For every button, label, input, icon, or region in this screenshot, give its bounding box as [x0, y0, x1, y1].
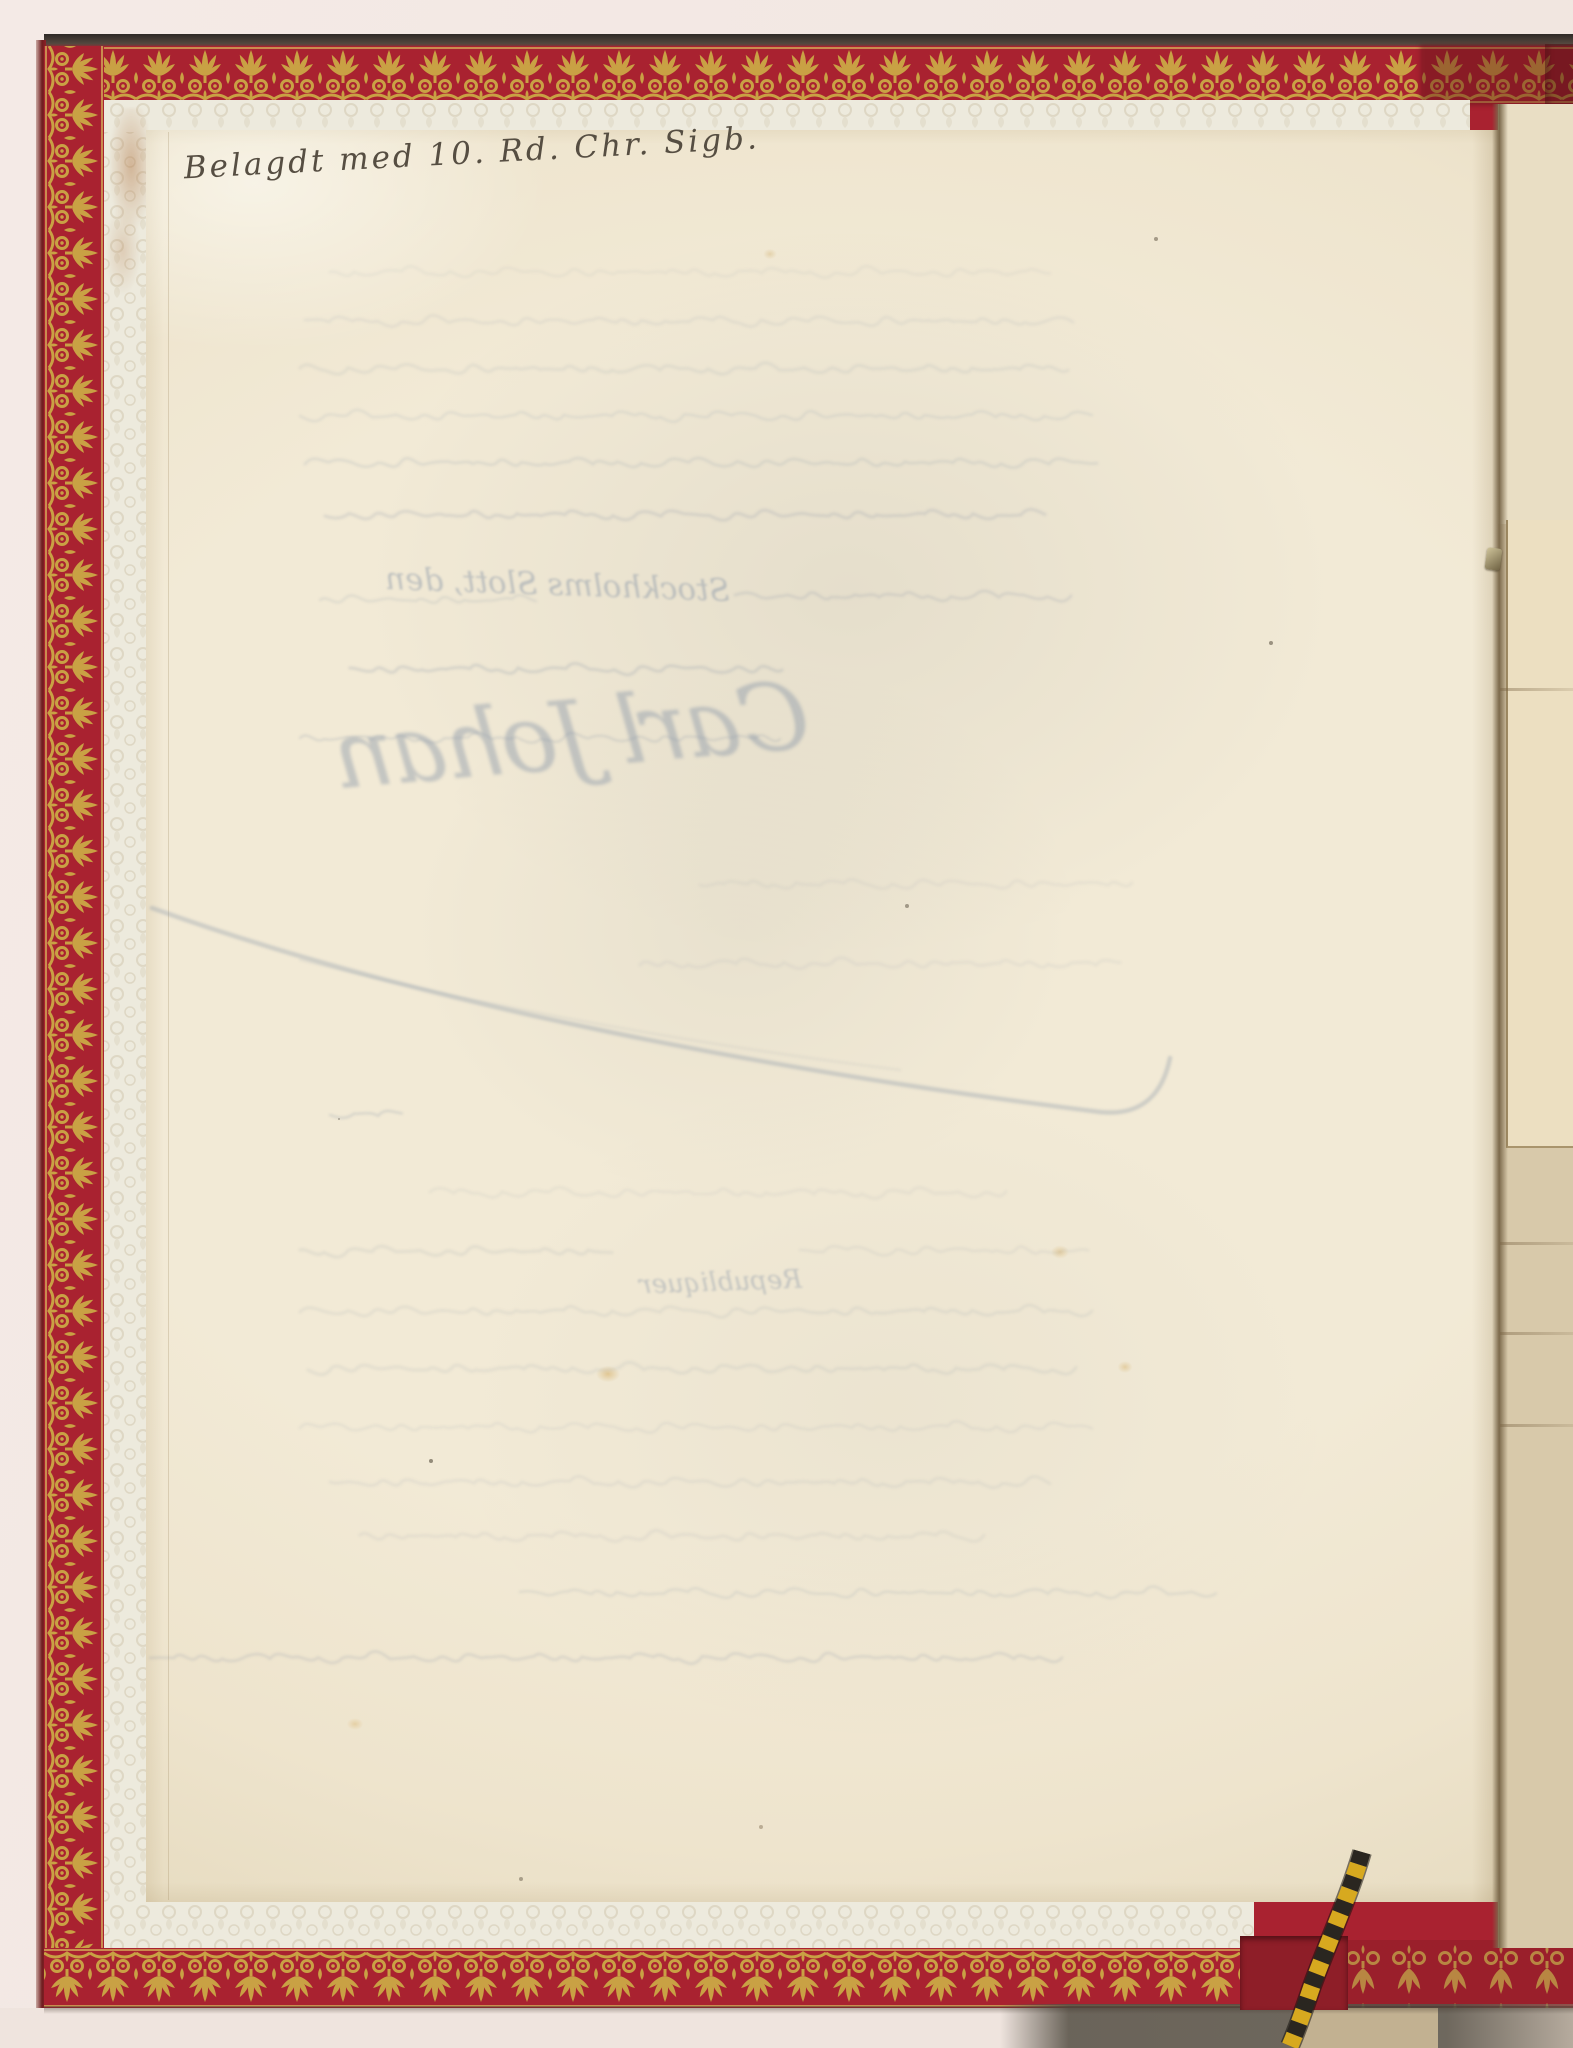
showthrough-line: [300, 410, 1092, 422]
showthrough-line: [330, 266, 1050, 277]
binding-clasp: [1485, 547, 1503, 571]
showthrough-line: [300, 1305, 1092, 1317]
page-crease: [1500, 1332, 1573, 1335]
lace-stain: [106, 108, 148, 298]
page-fold-shadow: [1492, 104, 1508, 1948]
showthrough-line: [430, 1187, 1006, 1198]
lace-trim-bottom: [104, 1902, 1254, 1948]
page-crease: [1500, 1424, 1573, 1427]
page-stack-inset-sheet: [1506, 520, 1573, 1148]
foxing-specks: [0, 0, 2, 2]
showthrough-line: [305, 458, 1097, 468]
showthrough-line: [700, 879, 1132, 888]
showthrough-line: [640, 958, 1120, 969]
signature-flourish: [152, 908, 1170, 1113]
showthrough-line: [800, 1246, 1088, 1255]
showthrough-line: [150, 1651, 1062, 1663]
showthrough-line: [305, 315, 1073, 326]
gold-border-bottom: [44, 1948, 1244, 2008]
lace-trim-top: [104, 100, 1470, 132]
showthrough-line: [330, 1111, 402, 1118]
showthrough-line: [360, 1530, 984, 1541]
showthrough-line: [735, 591, 1071, 601]
showthrough-line: [325, 509, 1045, 520]
gold-border-top: [44, 46, 1573, 104]
leather-worn-patch: [1420, 44, 1550, 106]
showthrough-line: [300, 363, 1068, 374]
showthrough-line: [308, 1362, 1076, 1374]
gold-border-left: [44, 46, 104, 2008]
page-stack-top-sheet: [1498, 104, 1573, 524]
showthrough-line: [300, 1246, 612, 1257]
page-crease: [1500, 1242, 1573, 1245]
showthrough-line: [330, 1476, 1050, 1487]
showthrough-line: [520, 1587, 1216, 1598]
showthrough-line: [300, 1421, 1092, 1432]
leather-worn-corner: [1545, 44, 1573, 106]
scanned-document-scene: Stockholms Slott, den Republiquer Carl J…: [0, 0, 1573, 2048]
showthrough-layer: [146, 130, 1498, 1902]
page-crease: [1500, 688, 1573, 691]
seal-cord: [1250, 1846, 1430, 2048]
lace-trim-left: [104, 100, 148, 1948]
